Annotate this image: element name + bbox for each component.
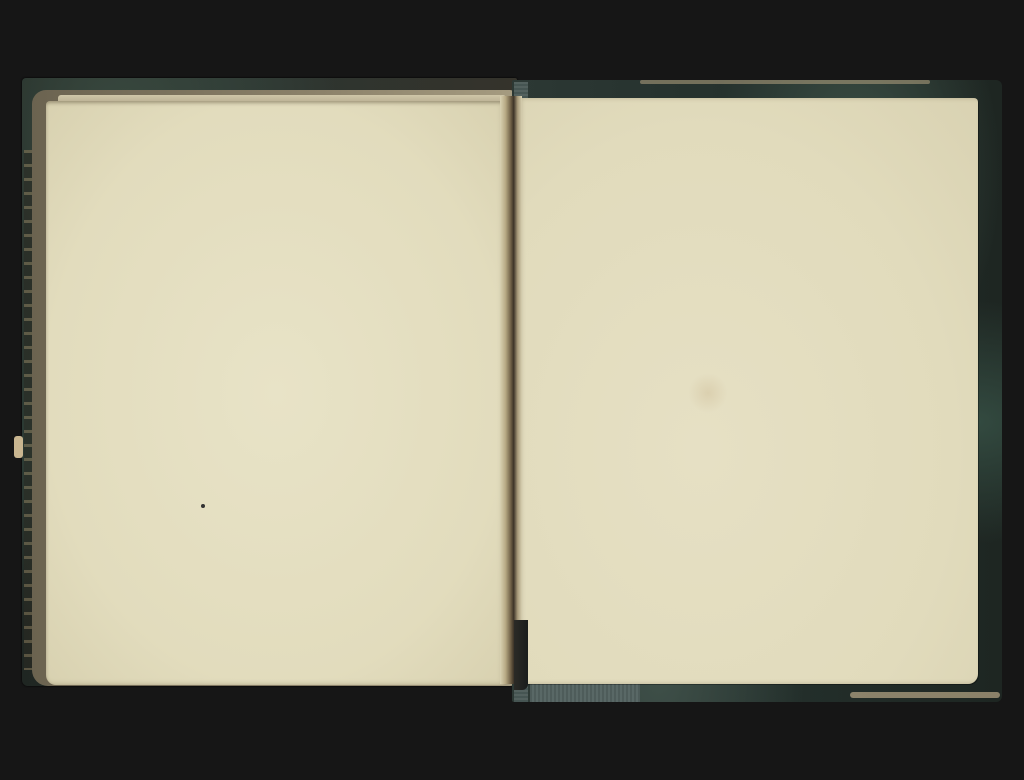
right-cover-cloth-corner — [530, 682, 640, 702]
left-page — [46, 101, 506, 685]
left-cover-worn-edge — [24, 150, 32, 670]
ink-spot — [201, 504, 205, 508]
right-page — [518, 98, 978, 684]
page-stain — [688, 373, 728, 413]
right-cover-frayed-edge — [850, 692, 1000, 698]
photo-scene — [0, 0, 1024, 780]
gutter-shadow — [514, 620, 528, 690]
left-cover-tab — [14, 436, 23, 458]
right-cover-top-fray — [640, 80, 930, 84]
book-gutter — [500, 96, 522, 684]
